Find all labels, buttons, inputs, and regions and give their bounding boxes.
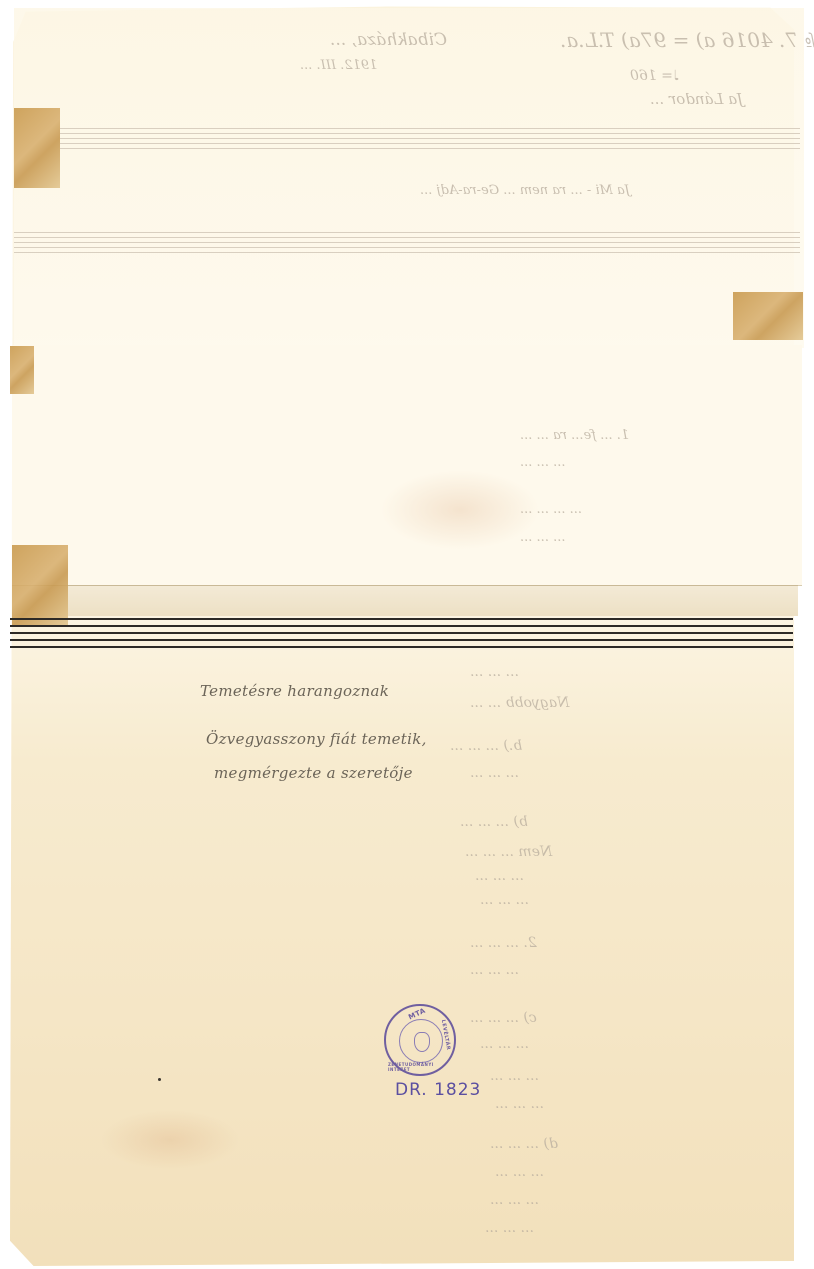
verse-line: b.) ... ... ... [450, 738, 522, 754]
verse-line: 2. ... ... ... [470, 935, 537, 951]
bleed-line-1: Ja Lándor ... [650, 90, 743, 108]
tape-mid-left [10, 346, 34, 394]
tape-top-left [14, 108, 60, 188]
bleed-header-date: 1912. III. ... [300, 58, 377, 73]
verse-line: b) ... ... ... [460, 814, 528, 830]
verse-line: ... ... ... [480, 1036, 529, 1052]
upper-folded-leaf [14, 8, 804, 348]
annotation-line-1: Temetésre harangoznak [200, 682, 389, 700]
library-stamp: MTA LEVÉLTÁR ZENETUDOMÁNYI INTÉZET [384, 1004, 456, 1076]
bleed-verse-2b: ... ... ... [520, 530, 565, 545]
verse-line: ... ... ... [480, 892, 529, 908]
verse-line: ... ... ... [475, 868, 524, 884]
annotation-line-3: megmérgezte a szeretője [214, 764, 413, 782]
stamp-bottom-text: ZENETUDOMÁNYI INTÉZET [388, 1062, 454, 1072]
verse-line: Nem ... ... ... [465, 844, 552, 860]
verse-line: ... ... ... [495, 1164, 544, 1180]
ink-dot [158, 1078, 161, 1081]
crown-emblem-icon [414, 1032, 430, 1052]
bleed-header-right: № 7. 4016 a) = 97a) T.L.a. [560, 28, 814, 52]
bleed-verse-1b: ... ... ... [520, 455, 565, 470]
sketch-staff-1 [60, 128, 800, 153]
verse-line: ... ... ... [470, 765, 519, 781]
middle-leaf [12, 345, 802, 586]
verse-line: ... ... ... [490, 1068, 539, 1084]
bleed-line-2: Ja Mi - ... ra nem ... Ge-ra-Adj ... [420, 183, 630, 198]
verse-line: ... ... ... [470, 664, 519, 680]
stain [380, 470, 540, 550]
verse-line: d) ... ... ... [490, 1136, 558, 1152]
bleed-header-center: Cibakháza, ... [330, 30, 447, 50]
shelfmark: DR. 1823 [395, 1080, 481, 1100]
tape-lower-left [12, 545, 68, 625]
verse-line: c) ... ... ... [470, 1010, 537, 1026]
verse-line: ... ... ... [470, 962, 519, 978]
stain [100, 1110, 240, 1170]
bleed-tempo: ♩= 160 [630, 68, 680, 84]
verse-line: ... ... ... [485, 1220, 534, 1236]
verse-line: ... ... ... [495, 1096, 544, 1112]
verse-line: Nagyobb ... ... [470, 695, 569, 711]
verse-line: ... ... ... [490, 1192, 539, 1208]
tape-right [733, 292, 803, 340]
bleed-verse-1a: 1. ... fe... ra ... ... [520, 428, 629, 443]
sketch-staff-2 [14, 232, 800, 257]
bleed-verse-2a: ... ... ... ... [520, 502, 582, 517]
fold-strip [12, 585, 798, 616]
annotation-line-2: Özvegyasszony fiát temetik, [206, 730, 427, 748]
printed-staff [10, 618, 793, 652]
